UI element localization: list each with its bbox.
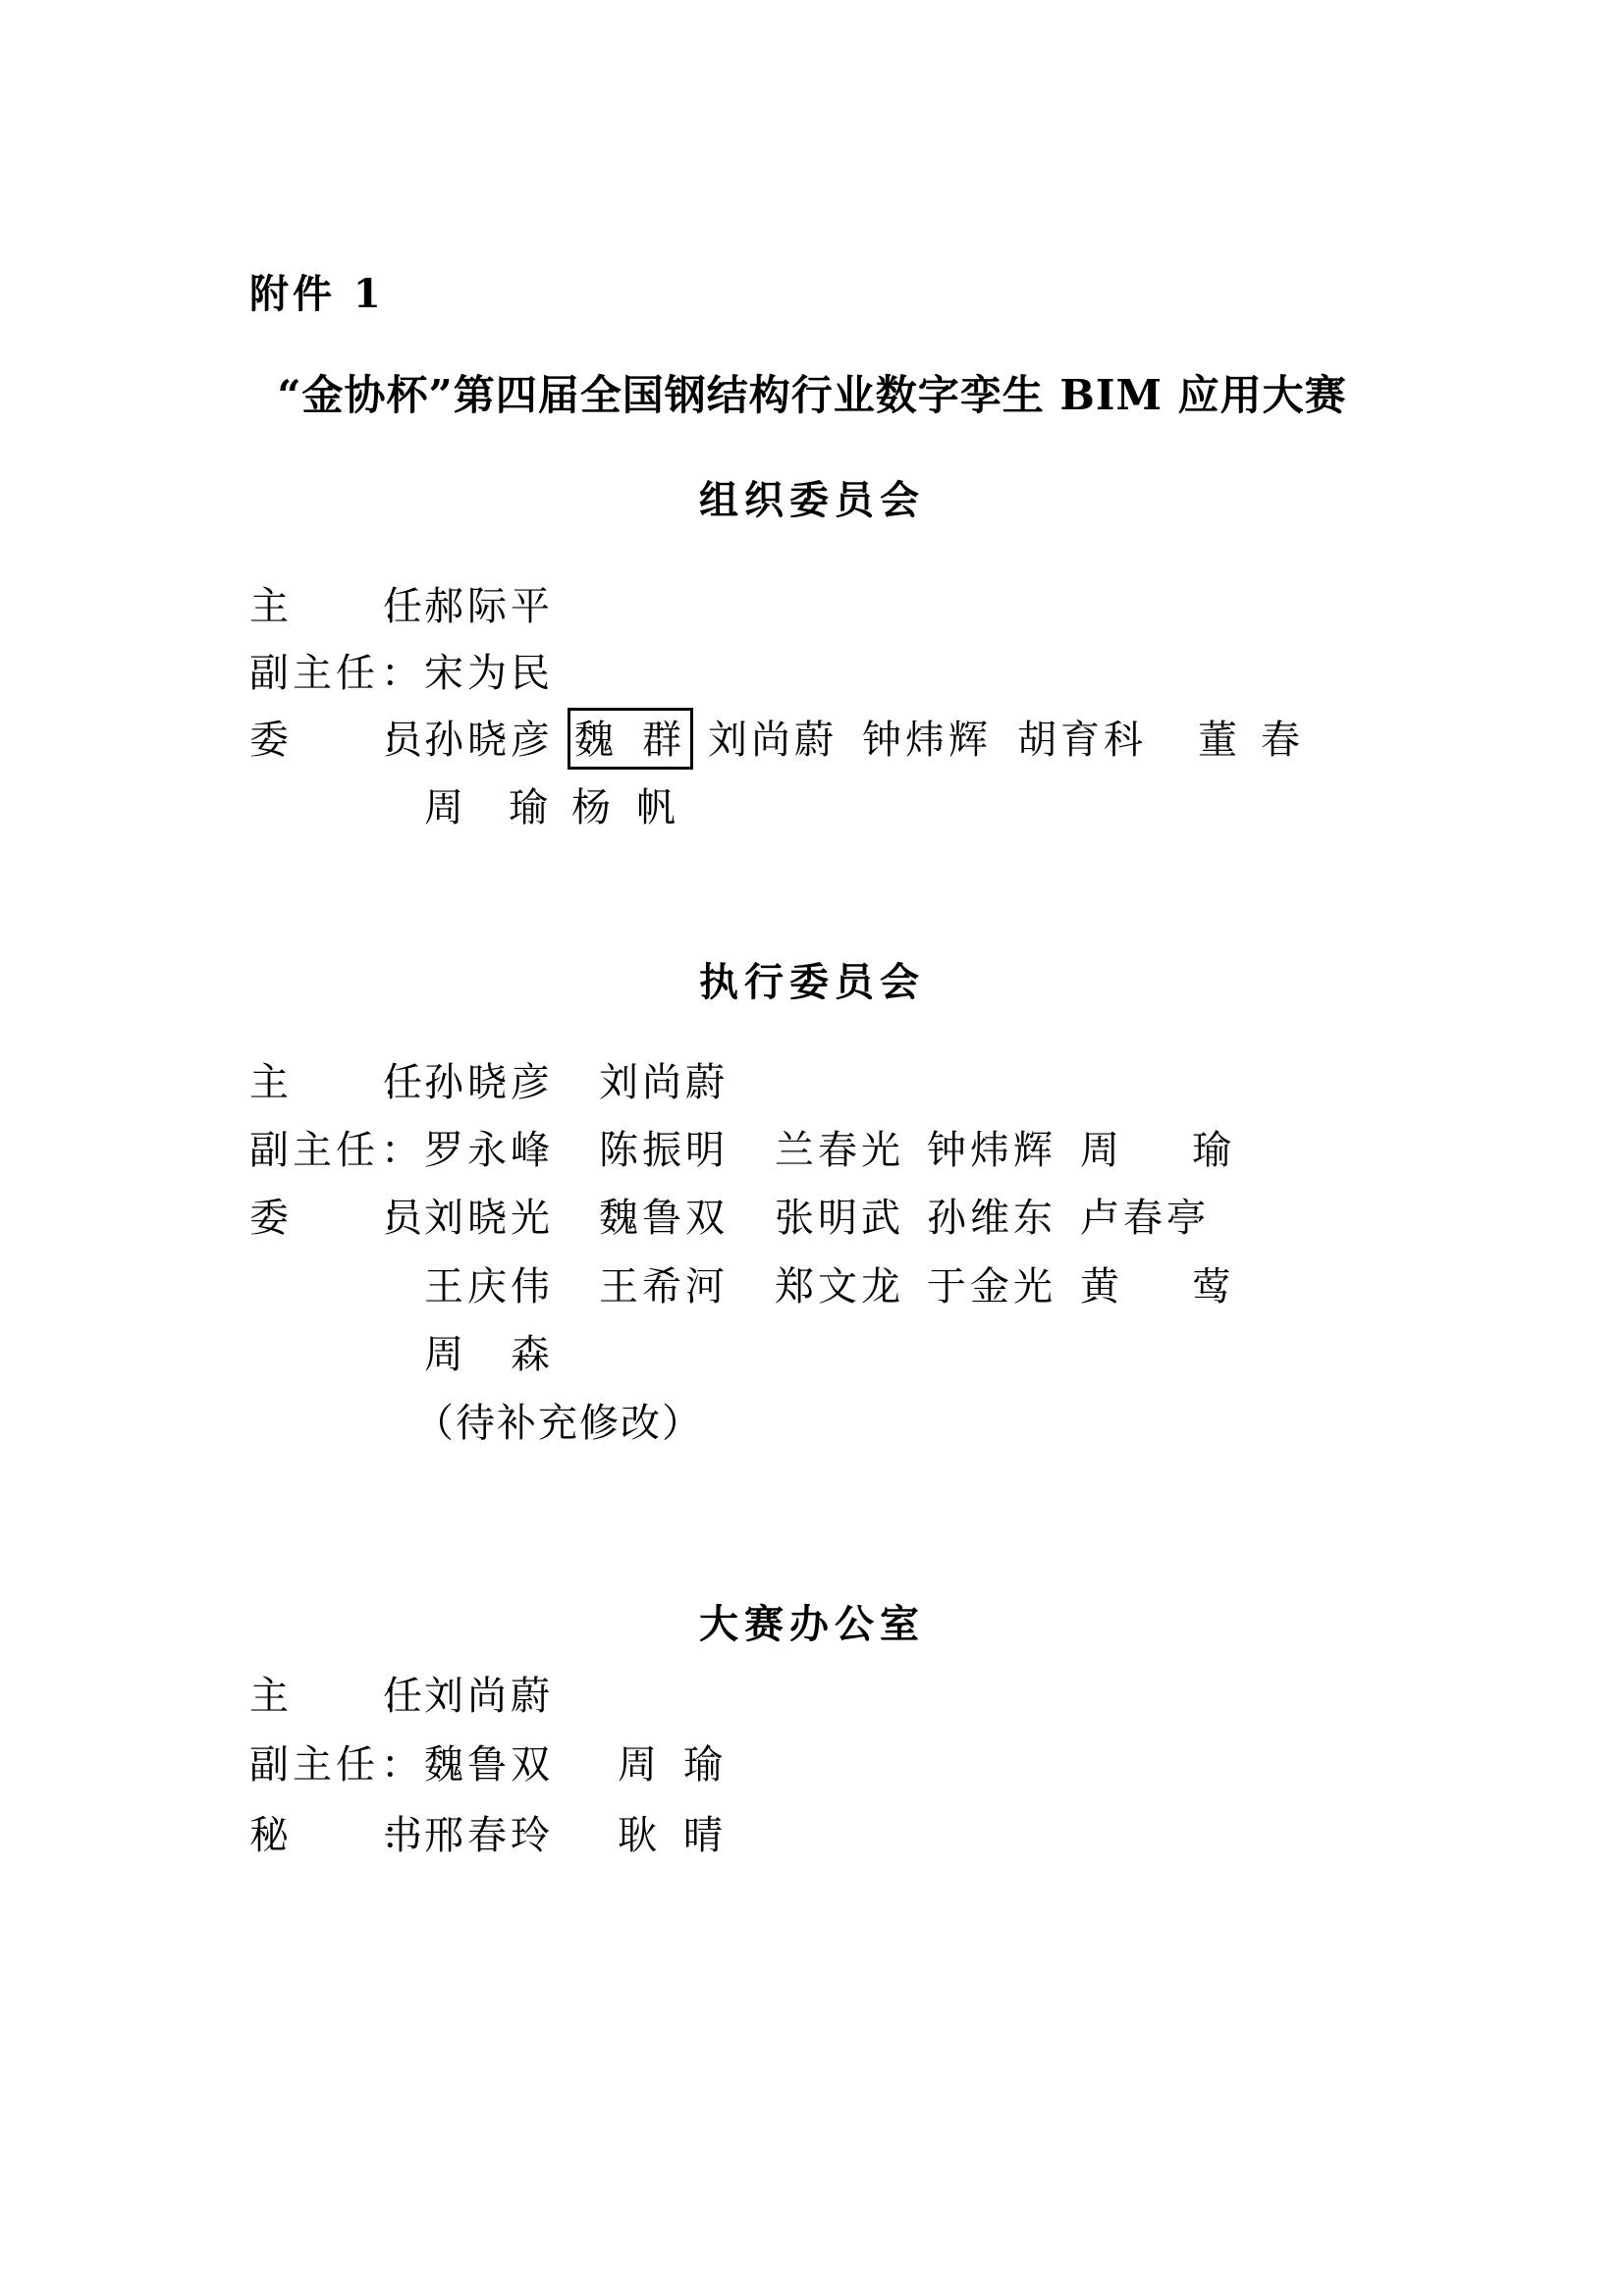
person-name: 卢春亭: [1080, 1199, 1210, 1238]
person-name-char: 春: [1261, 721, 1304, 760]
person-name: 宋为民: [424, 654, 554, 693]
person-name: 刘晓光: [424, 1199, 554, 1238]
section-heading-office: 大赛办公室: [0, 1605, 1624, 1644]
person-name: 兰春光: [775, 1131, 904, 1170]
label-char: 秘: [249, 1816, 289, 1855]
person-name: 刘尚蔚: [424, 1677, 554, 1716]
person-name: 王庆伟: [424, 1267, 554, 1307]
person-name-char: 莺: [1192, 1267, 1235, 1307]
person-name-char: 森: [511, 1335, 554, 1374]
person-name-char: 周: [618, 1745, 661, 1785]
colon: ：: [381, 1199, 420, 1238]
person-name: 刘尚蔚: [708, 721, 838, 760]
colon: ：: [381, 1677, 420, 1716]
label-char: 委: [249, 1199, 289, 1238]
person-name: 于金光: [927, 1267, 1056, 1307]
person-name: 刘尚蔚: [599, 1063, 729, 1102]
colon: ：: [381, 654, 420, 693]
attachment-label: 附件 1: [249, 275, 385, 314]
person-name: 罗永峰: [424, 1131, 554, 1170]
pending-note: （待补充修改）: [414, 1404, 703, 1443]
colon: ：: [381, 1131, 420, 1170]
person-name-char: 耿: [618, 1816, 661, 1855]
person-name-char: 董: [1198, 721, 1241, 760]
person-name: 胡育科: [1017, 721, 1147, 760]
person-name: 孙晓彦: [424, 1063, 554, 1102]
person-name: 邢春玲: [424, 1816, 554, 1855]
colon: ：: [381, 1816, 420, 1855]
document-title: “金协杯”第四届全国钢结构行业数字孪生 BIM 应用大赛: [0, 375, 1624, 416]
person-name: 魏鲁双: [599, 1199, 729, 1238]
person-name-char: 黄: [1080, 1267, 1123, 1307]
person-name-char: 瑜: [509, 788, 552, 828]
person-name: 王希河: [599, 1267, 729, 1307]
person-name-char: 魏: [574, 721, 618, 760]
colon: ：: [381, 721, 420, 760]
label-char: 主: [249, 1677, 289, 1716]
colon: ：: [381, 587, 420, 626]
section-heading-organizing: 组织委员会: [0, 481, 1624, 520]
colon: ：: [381, 1745, 420, 1785]
person-name: 魏鲁双: [424, 1745, 554, 1785]
document-page: 附件 1 “金协杯”第四届全国钢结构行业数字孪生 BIM 应用大赛 组织委员会 …: [0, 0, 1624, 2296]
person-name: 张明武: [775, 1199, 904, 1238]
person-name-char: 瑜: [1192, 1131, 1235, 1170]
person-name: 郝际平: [424, 587, 554, 626]
label-char: 委: [249, 721, 289, 760]
person-name: 陈振明: [599, 1131, 729, 1170]
label-char: 主: [249, 587, 289, 626]
person-name-char: 杨: [571, 788, 615, 828]
person-name: 孙维东: [927, 1199, 1056, 1238]
colon: ：: [381, 1063, 420, 1102]
person-name-char: 帆: [636, 788, 679, 828]
person-name: 郑文龙: [775, 1267, 904, 1307]
section-heading-executive: 执行委员会: [0, 963, 1624, 1002]
person-name-char: 群: [642, 721, 685, 760]
person-name: 孙晓彦: [424, 721, 554, 760]
person-name-char: 周: [424, 1335, 467, 1374]
person-name: 钟炜辉: [862, 721, 992, 760]
person-name-char: 晴: [683, 1816, 727, 1855]
person-name-char: 周: [424, 788, 467, 828]
person-name-char: 瑜: [683, 1745, 727, 1785]
person-name: 钟炜辉: [927, 1131, 1056, 1170]
label-char: 主: [249, 1063, 289, 1102]
person-name-char: 周: [1080, 1131, 1123, 1170]
